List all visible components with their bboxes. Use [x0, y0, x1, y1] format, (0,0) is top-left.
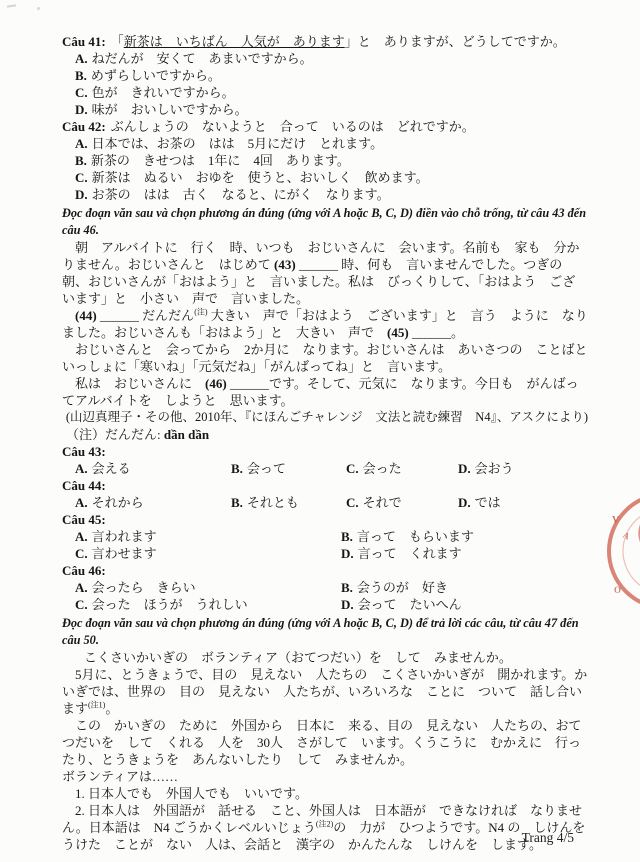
option-text: 色が きれいですから。 — [92, 85, 235, 100]
question-stem: Câu 44: — [62, 477, 588, 494]
option-C: C.会った — [346, 460, 458, 477]
option-text: 会って たいへん — [358, 597, 462, 612]
answer-options: A.ねだんが 安くて あまいですから。B.めずらしいですから。C.色が きれいで… — [62, 50, 588, 118]
option-text: 会うのが 好き — [357, 580, 448, 595]
paragraph-segment: ______ だんだん — [97, 308, 195, 323]
page-number: Trang 4/5 — [522, 830, 574, 845]
option-A: A.言われます — [75, 528, 341, 545]
question-number-label: Câu 43: — [62, 444, 106, 459]
option-text: 味が おいしいですから。 — [92, 102, 248, 117]
option-C: C.それで — [346, 494, 458, 511]
passage-paragraph: 2. 日本人は 外国語が 話せる こと、外国人は 日本語が できなければ なりま… — [62, 802, 588, 853]
question-stem: Câu 41:「新茶は いちばん 人気が あります」と ありますが、どうしてです… — [62, 33, 588, 50]
answer-options: A.それからB.それともC.それでD.では — [75, 494, 588, 511]
option-B: B.新茶の きせつは 1年に 4回 あります。 — [75, 152, 588, 169]
option-text: では — [475, 495, 501, 510]
option-text: ねだんが 安くて あまいですから。 — [92, 51, 313, 66]
passage-paragraph: 朝 アルバイトに 行く 時、いつも おじいさんに 会います。名前も 家も 分かり… — [62, 239, 588, 307]
option-letter: B. — [75, 153, 87, 168]
option-B: B.それとも — [231, 494, 346, 511]
option-D: D.言って くれます — [341, 545, 588, 562]
option-B: B.めずらしいですから。 — [75, 67, 588, 84]
passage-paragraph: おじいさんと 会ってから 2か月に なります。おじいさんは あいさつの ことばと… — [62, 341, 588, 375]
paragraph-segment: dần dần — [164, 427, 209, 442]
option-B: B.会って — [231, 460, 346, 477]
passage-paragraph: こくさいかいぎの ボランティア（おてつだい）を して みませんか。 — [62, 649, 588, 666]
option-text: それで — [363, 495, 402, 510]
scan-noise — [7, 4, 16, 7]
option-text: 日本では、お茶の はは 5月にだけ とれます。 — [92, 136, 383, 151]
section-instruction: Đọc đoạn văn sau và chọn phương án đúng … — [62, 615, 588, 649]
passage-paragraph: この かいぎの ために 外国から 日本に 来る、目の 見えない 人たちの、おてつ… — [62, 717, 588, 768]
stem-segment: 新茶は いちばん 人気が あります — [124, 34, 345, 49]
question-number-label: Câu 46: — [62, 563, 106, 578]
option-letter: D. — [458, 461, 471, 476]
paragraph-segment: この かいぎの ために 外国から 日本に 来る、目の 見えない 人たちの、おてつ… — [62, 718, 581, 767]
option-letter: A. — [75, 461, 88, 476]
option-letter: C. — [75, 546, 88, 561]
paragraph-segment: 5月に、とうきょうで、目の 見えない 人たちの こくさいかいぎが 開かれます。か… — [62, 667, 587, 716]
passage-paragraph: 私は おじいさんに (46) ______です。そして、元気に なります。今日も… — [62, 375, 588, 409]
option-C: C.言わせます — [75, 545, 341, 562]
option-letter: D. — [341, 597, 354, 612]
option-text: 会った ほうが うれしい — [92, 597, 248, 612]
option-letter: A. — [75, 495, 88, 510]
option-text: 会おう — [475, 461, 514, 476]
stamp-graphic: V A O — [592, 487, 640, 619]
option-B: B.会うのが 好き — [341, 579, 588, 596]
stamp-letter: A — [621, 530, 632, 542]
option-D: D.味が おいしいですから。 — [75, 101, 588, 118]
option-letter: B. — [341, 580, 353, 595]
option-letter: C. — [346, 461, 359, 476]
paragraph-segment: おじいさんと 会ってから 2か月に なります。おじいさんは あいさつの ことばと… — [62, 342, 587, 374]
option-text: お茶の はは 古く なると、にがく なります。 — [92, 187, 390, 202]
question-number-label: Câu 44: — [62, 478, 106, 493]
answer-options: A.会ったら きらいB.会うのが 好きC.会った ほうが うれしいD.会って た… — [75, 579, 588, 613]
option-text: 言って もらいます — [357, 529, 474, 544]
option-C: C.会った ほうが うれしい — [75, 596, 341, 613]
option-text: 新茶は ぬるい おゆを 使うと、おいしく 飲めます。 — [92, 170, 429, 185]
passage-paragraph: (山辺真理子・その他、2010年、『にほんごチャレンジ 文法と読む練習 N4』、… — [62, 409, 588, 426]
paragraph-segment: 1. 日本人でも 外国人でも いいです。 — [75, 786, 308, 801]
question-46: Câu 46:A.会ったら きらいB.会うのが 好きC.会った ほうが うれしい… — [62, 562, 588, 613]
option-letter: B. — [341, 529, 353, 544]
option-letter: D. — [75, 187, 88, 202]
paragraph-segment: (注) — [194, 308, 207, 317]
answer-options: A.言われますB.言って もらいますC.言わせますD.言って くれます — [75, 528, 588, 562]
question-stem: Câu 45: — [62, 511, 588, 528]
instruction-segment: Đọc đoạn văn sau và chọn phương án đúng … — [62, 206, 586, 237]
option-C: C.色が きれいですから。 — [75, 84, 588, 101]
passage-paragraph: (44) ______ だんだん(注) 大きい 声で「おはよう ございます」と … — [62, 307, 588, 341]
question-45: Câu 45:A.言われますB.言って もらいますC.言わせますD.言って くれ… — [62, 511, 588, 562]
option-letter: B. — [75, 68, 87, 83]
option-A: A.日本では、お茶の はは 5月にだけ とれます。 — [75, 135, 588, 152]
option-text: それとも — [247, 495, 299, 510]
paragraph-segment: (46) — [205, 376, 227, 391]
option-text: 言って くれます — [358, 546, 462, 561]
question-41: Câu 41:「新茶は いちばん 人気が あります」と ありますが、どうしてです… — [62, 33, 588, 118]
option-text: 会って — [247, 461, 286, 476]
section-instruction: Đọc đoạn văn sau và chọn phương án đúng … — [62, 205, 588, 239]
option-A: A.会える — [75, 460, 231, 477]
option-letter: A. — [75, 529, 88, 544]
option-A: A.会ったら きらい — [75, 579, 341, 596]
option-letter: C. — [75, 170, 88, 185]
option-C: C.新茶は ぬるい おゆを 使うと、おいしく 飲めます。 — [75, 169, 588, 186]
option-letter: D. — [75, 102, 88, 117]
option-text: 会える — [92, 461, 131, 476]
stamp-letter: O — [614, 585, 621, 595]
option-text: 言われます — [92, 529, 157, 544]
paragraph-segment: (45) — [387, 325, 409, 340]
question-43: Câu 43:A.会えるB.会ってC.会ったD.会おう — [62, 443, 588, 477]
paragraph-segment: ______。 — [409, 325, 464, 340]
paragraph-segment: こくさいかいぎの ボランティア（おてつだい）を して みませんか。 — [84, 650, 512, 665]
paragraph-segment: (44) — [75, 308, 97, 323]
paragraph-segment: ボランティアは…… — [62, 769, 178, 784]
scan-noise — [37, 7, 40, 10]
stem-segment: ぶんしょうの ないようと 合って いるのは どれですか。 — [111, 119, 475, 134]
paragraph-segment: （注）だんだん: — [66, 427, 164, 442]
option-D: D.会って たいへん — [341, 596, 588, 613]
option-letter: D. — [341, 546, 354, 561]
paragraph-segment: 私は おじいさんに — [75, 376, 205, 391]
paragraph-segment: (注2) — [316, 820, 333, 829]
page-footer: Trang 4/5 — [522, 829, 574, 846]
question-number-label: Câu 41: — [62, 34, 106, 49]
question-44: Câu 44:A.それからB.それともC.それでD.では — [62, 477, 588, 511]
answer-options: A.日本では、お茶の はは 5月にだけ とれます。B.新茶の きせつは 1年に … — [62, 135, 588, 203]
passage-paragraph: 1. 日本人でも 外国人でも いいです。 — [62, 785, 588, 802]
option-D: D.では — [458, 494, 588, 511]
option-letter: C. — [75, 85, 88, 100]
question-stem: Câu 42:ぶんしょうの ないようと 合って いるのは どれですか。 — [62, 118, 588, 135]
option-A: A.それから — [75, 494, 231, 511]
option-letter: D. — [458, 495, 471, 510]
instruction-segment: Đọc đoạn văn sau và chọn phương án đúng … — [62, 616, 579, 647]
answer-options: A.会えるB.会ってC.会ったD.会おう — [75, 460, 588, 477]
option-D: D.会おう — [458, 460, 588, 477]
question-number-label: Câu 42: — [62, 119, 106, 134]
option-A: A.ねだんが 安くて あまいですから。 — [75, 50, 588, 67]
question-number-label: Câu 45: — [62, 512, 106, 527]
option-letter: C. — [75, 597, 88, 612]
question-stem: Câu 46: — [62, 562, 588, 579]
option-text: 会ったら きらい — [92, 580, 196, 595]
option-letter: A. — [75, 136, 88, 151]
passage-paragraph: 5月に、とうきょうで、目の 見えない 人たちの こくさいかいぎが 開かれます。か… — [62, 666, 588, 717]
option-text: 新茶の きせつは 1年に 4回 あります。 — [91, 153, 350, 168]
option-text: めずらしいですから。 — [91, 68, 221, 83]
paragraph-segment: (注1) — [88, 701, 105, 710]
option-letter: A. — [75, 580, 88, 595]
option-letter: A. — [75, 51, 88, 66]
option-letter: B. — [231, 461, 243, 476]
option-D: D.お茶の はは 古く なると、にがく なります。 — [75, 186, 588, 203]
question-stem: Câu 43: — [62, 443, 588, 460]
stem-segment: 」と ありますが、どうしてですか。 — [345, 34, 566, 49]
option-B: B.言って もらいます — [341, 528, 588, 545]
passage-paragraph: ボランティアは…… — [62, 768, 588, 785]
passage-paragraph: （注）だんだん: dần dần — [62, 426, 588, 443]
stem-segment: 「 — [111, 34, 124, 49]
paragraph-segment: (43) — [274, 257, 296, 272]
option-text: 会った — [363, 461, 402, 476]
exam-content: Câu 41:「新茶は いちばん 人気が あります」と ありますが、どうしてです… — [62, 33, 588, 853]
option-letter: B. — [231, 495, 243, 510]
official-red-stamp: V A O — [592, 487, 640, 619]
stamp-letter: V — [612, 515, 620, 526]
paragraph-segment: (山辺真理子・その他、2010年、『にほんごチャレンジ 文法と読む練習 N4』、… — [66, 410, 588, 424]
question-42: Câu 42:ぶんしょうの ないようと 合って いるのは どれですか。A.日本で… — [62, 118, 588, 203]
scanned-exam-page: { "page": { "footer": "Trang 4/5" }, "st… — [0, 0, 640, 862]
option-text: それから — [92, 495, 144, 510]
option-text: 言わせます — [92, 546, 157, 561]
paragraph-segment: 。 — [105, 701, 118, 716]
option-letter: C. — [346, 495, 359, 510]
